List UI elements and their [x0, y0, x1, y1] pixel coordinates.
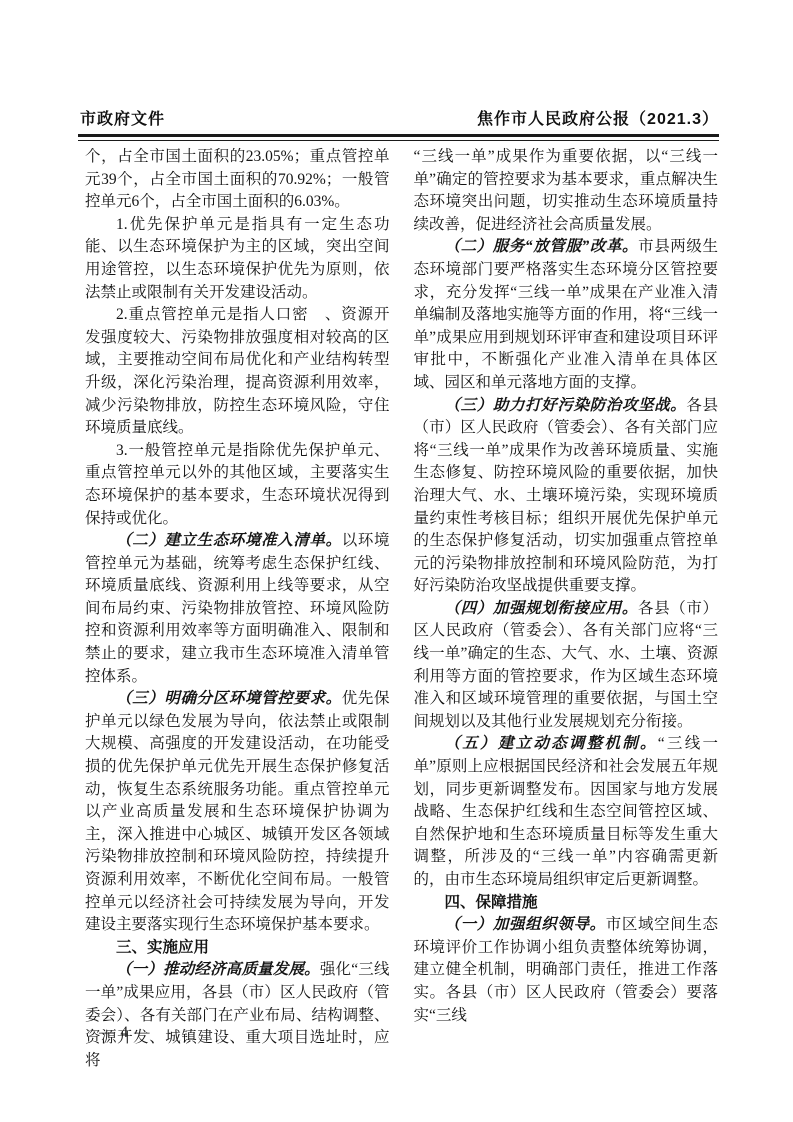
paragraph: （二）建立生态环境准入清单。以环境管控单元为基础，统筹考虑生态保护红线、环境质量…	[85, 530, 390, 688]
paragraph: 1.优先保护单元是指具有一定生态功能、以生态环境保护为主的区域，突出空间用途管控…	[85, 214, 390, 304]
header-gazette-title: 焦作市人民政府公报（2021.3）	[477, 106, 719, 129]
paragraph: （三）助力打好污染防治攻坚战。各县（市）区人民政府（管委会）、各有关部门应将“三…	[414, 395, 719, 598]
paragraph: 3.一般管控单元是指除优先保护单元、重点管控单元以外的其他区域，主要落实生态环境…	[85, 440, 390, 530]
paragraph: 个，占全市国土面积的23.05%；重点管控单元39个，占全市国土面积的70.92…	[85, 146, 390, 214]
paragraph: （四）加强规划衔接应用。各县（市）区人民政府（管委会）、各有关部门应将“三线一单…	[414, 598, 719, 734]
paragraph: （三）明确分区环境管控要求。优先保护单元以绿色发展为导向，依法禁止或限制大规模、…	[85, 688, 390, 937]
paragraph-lead: （四）加强规划衔接应用。	[445, 600, 638, 617]
paragraph-lead: （二）服务“放管服”改革。	[445, 238, 639, 255]
left-column: 个，占全市国土面积的23.05%；重点管控单元39个，占全市国土面积的70.92…	[85, 146, 390, 1072]
document-page: 市政府文件 焦作市人民政府公报（2021.3） 个，占全市国土面积的23.05%…	[0, 0, 793, 1122]
page-number: — 4 —	[99, 1024, 151, 1042]
section-heading: 三、实施应用	[85, 937, 390, 960]
header-divider	[78, 134, 719, 141]
header-divider-thick-line	[78, 134, 719, 137]
paragraph: （二）服务“放管服”改革。市县两级生态环境部门要严格落实生态环境分区管控要求，充…	[414, 236, 719, 394]
page-header: 市政府文件 焦作市人民政府公报（2021.3）	[80, 106, 719, 129]
header-document-type: 市政府文件	[80, 106, 165, 129]
paragraph-lead: （一）推动经济高质量发展。	[116, 961, 320, 978]
paragraph: “三线一单”成果作为重要依据，以“三线一单”确定的管控要求为基本要求，重点解决生…	[414, 146, 719, 236]
paragraph: 2.重点管控单元是指人口密 、资源开发强度较大、污染物排放强度相对较高的区域，主…	[85, 304, 390, 440]
header-divider-thin-line	[78, 140, 719, 141]
paragraph-lead: （三）明确分区环境管控要求。	[116, 690, 342, 707]
document-body: 个，占全市国土面积的23.05%；重点管控单元39个，占全市国土面积的70.92…	[85, 146, 718, 1072]
paragraph-lead: （二）建立生态环境准入清单。	[116, 532, 342, 549]
paragraph-lead: （五）建立动态调整机制。	[445, 735, 658, 752]
right-column: “三线一单”成果作为重要依据，以“三线一单”确定的管控要求为基本要求，重点解决生…	[414, 146, 719, 1072]
paragraph: （一）推动经济高质量发展。强化“三线一单”成果应用，各县（市）区人民政府（管委会…	[85, 959, 390, 1072]
paragraph-lead: （一）加强组织领导。	[445, 916, 606, 933]
paragraph: （五）建立动态调整机制。“三线一单”原则上应根据国民经济和社会发展五年规划，同步…	[414, 733, 719, 891]
paragraph-lead: （三）助力打好污染防治攻坚战。	[445, 397, 687, 414]
section-heading: 四、保障措施	[414, 892, 719, 915]
paragraph: （一）加强组织领导。市区域空间生态环境评价工作协调小组负责整体统筹协调，建立健全…	[414, 914, 719, 1027]
